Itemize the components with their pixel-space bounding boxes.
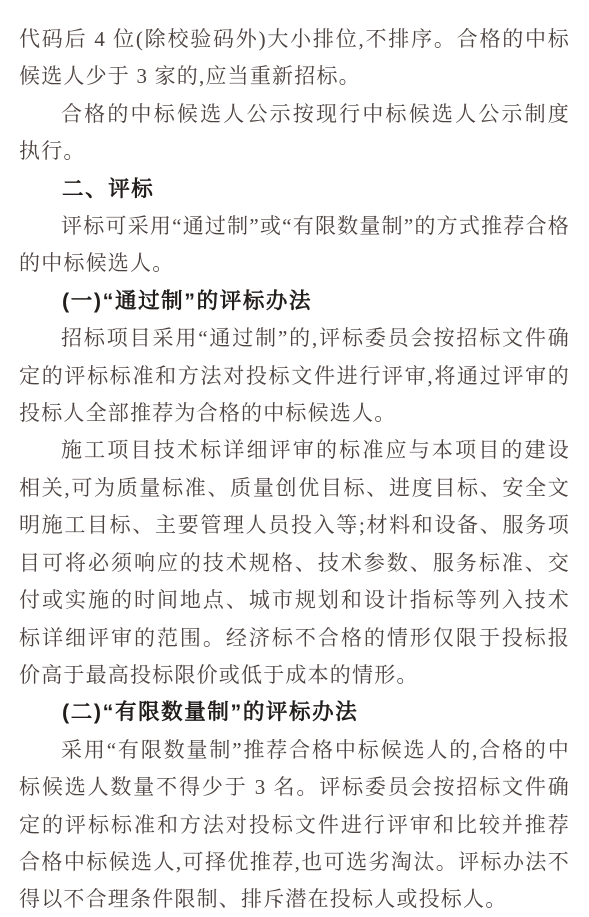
paragraph-candidate-publicity: 合格的中标候选人公示按现行中标候选人公示制度执行。 [19,96,570,171]
paragraph-ranking-rebid: 代码后 4 位(除校验码外)大小排位,不排序。合格的中标候选人少于 3 家的,应… [19,21,570,96]
subsection-heading-limited-number-system: (二)“有限数量制”的评标办法 [19,694,570,731]
paragraph-pass-system-detail: 招标项目采用“通过制”的,评标委员会按招标文件确定的评标标准和方法对投标文件进行… [19,320,570,432]
section-heading-bid-evaluation: 二、评标 [19,171,570,208]
paragraph-limited-number-system-detail: 采用“有限数量制”推荐合格中标候选人的,合格的中标候选人数量不得少于 3 名。评… [19,732,570,917]
document-page: 代码后 4 位(除校验码外)大小排位,不排序。合格的中标候选人少于 3 家的,应… [0,0,589,917]
paragraph-technical-review-scope: 施工项目技术标详细评审的标准应与本项目的建设相关,可为质量标准、质量创优目标、进… [19,432,570,694]
subsection-heading-pass-system: (一)“通过制”的评标办法 [19,283,570,320]
paragraph-evaluation-methods-overview: 评标可采用“通过制”或“有限数量制”的方式推荐合格的中标候选人。 [19,208,570,283]
